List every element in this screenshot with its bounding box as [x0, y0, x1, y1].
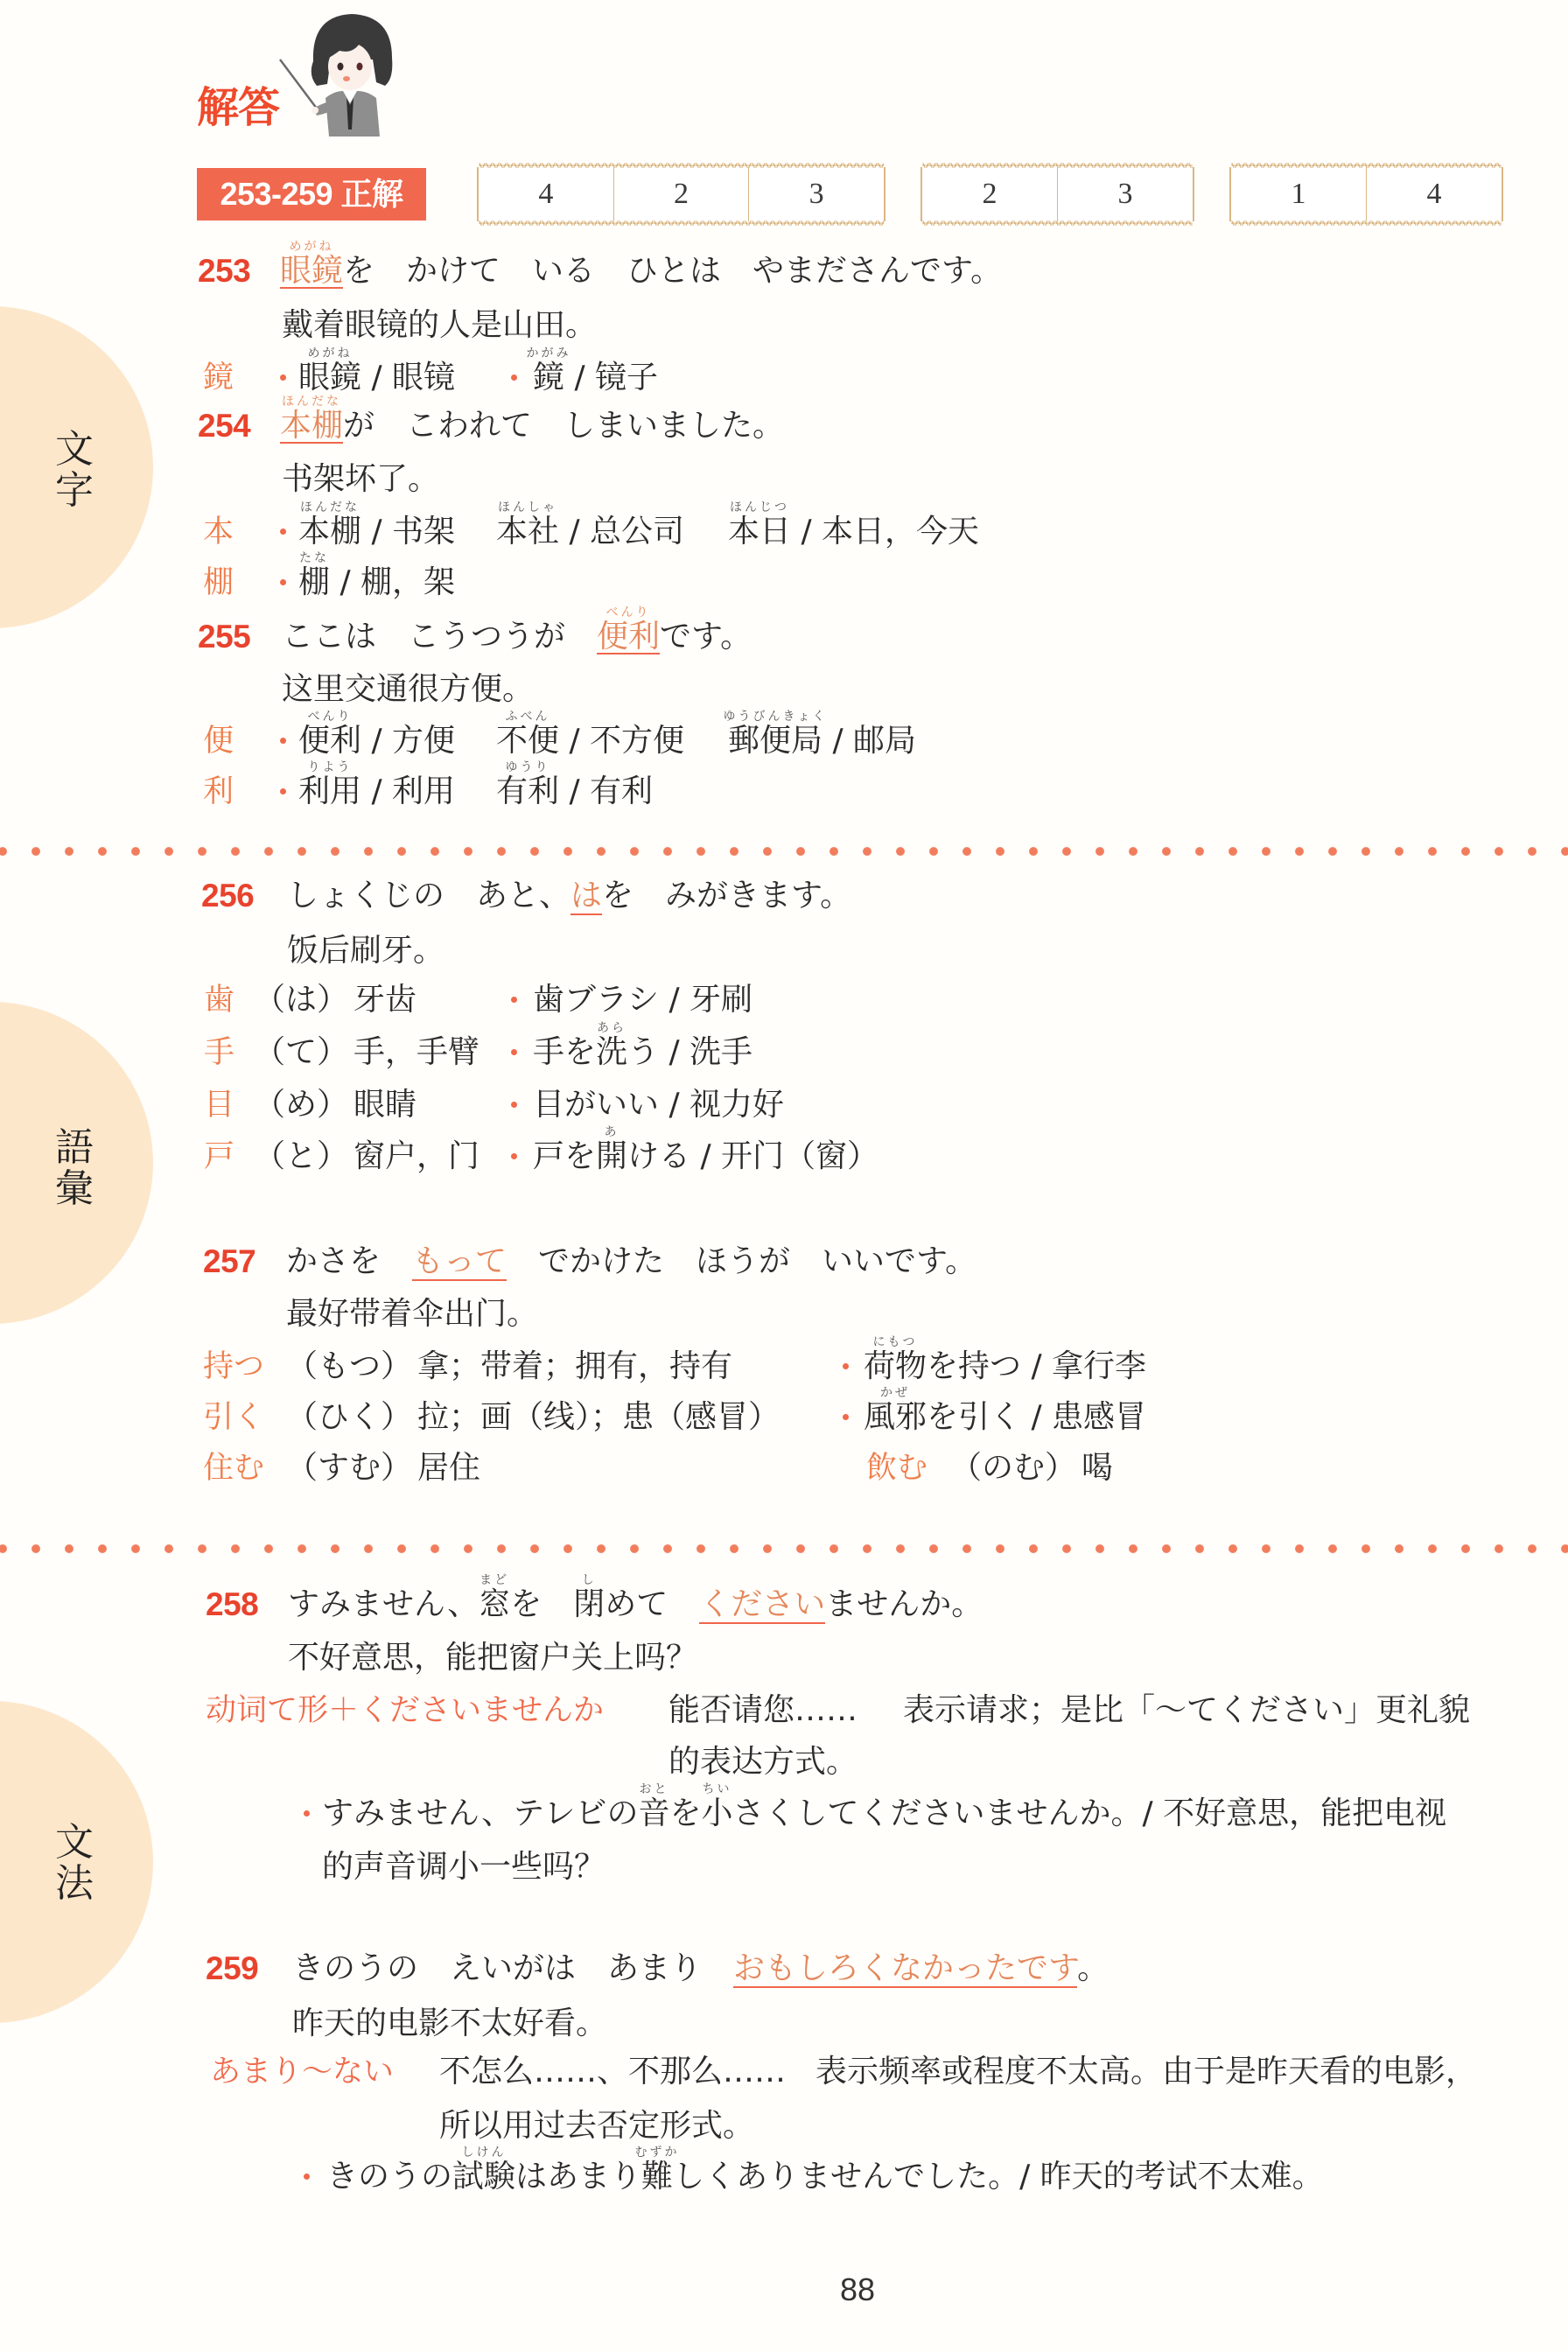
vocab-meaning-text: 手，手臂: [353, 1034, 479, 1070]
furigana: ほんじつ: [730, 501, 789, 514]
entry-word: 不便: [496, 723, 559, 759]
note-entry: 眼鏡めがね / 眼镜: [298, 362, 455, 394]
note-entry: 郵便局ゆうびんきょく / 邮局: [728, 725, 916, 757]
note-entry: 本社ほんしゃ / 总公司: [496, 516, 684, 548]
furigana: りよう: [308, 761, 353, 773]
entry-word: 有利: [496, 773, 559, 809]
ruby-word: 開あ: [596, 1141, 627, 1172]
page-number: 88: [831, 2274, 884, 2306]
sentence-text: すみません、: [288, 1586, 479, 1622]
sentence-text: ませんか。: [825, 1586, 983, 1622]
answer-cell-255: 3: [749, 167, 884, 221]
sentence-text: きのうの えいがは あまり: [292, 1950, 733, 1986]
vocab-meaning-text: 拉；画（线）；患（感冒）: [417, 1399, 780, 1435]
furigana: べんり: [606, 606, 651, 619]
kanji-label: 鏡: [203, 362, 234, 394]
bullet-icon: [280, 528, 286, 535]
furigana: しけん: [462, 2146, 507, 2159]
question-number-256: 256: [201, 880, 254, 912]
question-sentence-258: すみません、窓まどを 閉しめて くださいませんか。: [288, 1589, 983, 1620]
vocab-label: 戸: [204, 1141, 234, 1172]
vocab-example: 手を洗あらう / 洗手: [533, 1037, 752, 1068]
answer-word: は: [570, 878, 602, 915]
vocab-label: 住む: [203, 1452, 264, 1484]
furigana: かぜ: [880, 1387, 910, 1399]
answer-cell-258: 1: [1231, 167, 1367, 221]
vocab-meaning: （のむ）喝: [950, 1452, 1113, 1484]
ruby-word: 眼鏡めがね: [298, 362, 361, 394]
bullet-icon: [511, 1153, 517, 1159]
translation-257: 最好带着伞出门。: [286, 1298, 538, 1330]
vocab-meaning: （て）手，手臂: [254, 1037, 479, 1068]
sentence-text: を: [510, 1586, 573, 1622]
vocab-meaning: （もつ）拿；带着；拥有，持有: [286, 1351, 732, 1382]
entry-meaning: / 棚，架: [330, 564, 455, 600]
entry-meaning: / 邮局: [822, 723, 916, 759]
furigana: めがね: [308, 347, 353, 360]
bullet-icon: [511, 997, 517, 1003]
example-text: はあまり: [515, 2159, 641, 2194]
bullet-icon: [280, 374, 286, 381]
sentence-text: 。: [1077, 1950, 1109, 1986]
kanji-label: 便: [203, 725, 234, 757]
grammar-example: すみません、テレビの音おとを小ちいさくしてくださいませんか。/ 不好意思，能把电…: [322, 1798, 1446, 1830]
entry-meaning: / 不方便: [559, 723, 684, 759]
furigana: ほんしゃ: [498, 501, 557, 514]
note-entry: 有利ゆうり / 有利: [496, 776, 653, 808]
example-kanji: 小: [701, 1795, 732, 1831]
ruby-word: 洗あら: [596, 1037, 627, 1068]
answer-cell-259: 4: [1367, 167, 1501, 221]
furigana: めがね: [290, 241, 334, 253]
question-sentence-255: ここは こうつうが 便利べんりです。: [282, 621, 752, 653]
answer-group-2: 2 3: [920, 167, 1194, 221]
example-text: 歯ブラシ / 牙刷: [533, 982, 752, 1018]
example-text: を: [669, 1795, 701, 1831]
entry-meaning: / 总公司: [559, 514, 684, 549]
example-kanji: 開: [596, 1138, 627, 1174]
vocab-meaning-text: 拿；带着；拥有，持有: [417, 1348, 732, 1384]
entry-word: 利用: [298, 773, 361, 809]
vocab-example: 目がいい / 视力好: [533, 1089, 784, 1121]
question-sentence-256: しょくじの あと、はを みがきます。: [287, 880, 851, 912]
example-text: しくありませんでした。/ 昨天的考试不太难。: [673, 2159, 1324, 2194]
entry-meaning: / 有利: [559, 773, 653, 809]
entry-meaning: / 书架: [361, 514, 455, 549]
vocab-meaning: （ひく）拉；画（线）；患（感冒）: [286, 1402, 780, 1433]
grammar-explanation-cont: 所以用过去否定形式。: [439, 2110, 754, 2142]
example-text: う / 洗手: [627, 1034, 752, 1070]
side-tab-label-goi: 語彙: [54, 1127, 94, 1209]
entry-word: 便利: [298, 723, 361, 759]
entry-meaning: / 方便: [361, 723, 455, 759]
ruby-word: 郵便局ゆうびんきょく: [728, 725, 822, 757]
furigana: べんり: [308, 710, 353, 723]
translation-256: 饭后刷牙。: [287, 935, 444, 967]
ruby-word: 風邪かぜ: [864, 1402, 927, 1433]
vocab-meaning: （め）眼睛: [254, 1089, 416, 1121]
answer-group-3: 1 4: [1229, 167, 1503, 221]
furigana: かがみ: [527, 347, 571, 360]
kanji-label: 棚: [203, 567, 234, 598]
example-text: を引く / 患感冒: [927, 1399, 1146, 1435]
example-text: すみません、テレビの: [322, 1795, 638, 1831]
bullet-icon: [511, 1102, 517, 1108]
furigana: ちい: [702, 1783, 731, 1795]
entry-word: 本日: [728, 514, 791, 549]
translation-259: 昨天的电影不太好看。: [292, 2008, 607, 2040]
bullet-icon: [511, 374, 517, 381]
vocab-label: 持つ: [203, 1351, 264, 1382]
sentence-text: が こわれて しまいました。: [343, 408, 784, 444]
vocab-reading: （もつ）: [286, 1348, 412, 1384]
vocab-meaning-text: 居住: [417, 1450, 480, 1486]
vocab-reading: （ひく）: [286, 1399, 412, 1435]
question-number-257: 257: [203, 1246, 255, 1277]
vocab-reading: （と）: [254, 1138, 348, 1174]
bullet-icon: [304, 1810, 310, 1816]
teacher-mascot-icon: [278, 7, 401, 138]
bullet-icon: [304, 2173, 310, 2180]
ruby-word: 鏡かがみ: [533, 362, 564, 394]
note-entry: 不便ふべん / 不方便: [496, 725, 684, 757]
bullet-icon: [843, 1363, 849, 1369]
note-entry: 本棚ほんだな / 书架: [298, 516, 455, 548]
vocab-meaning: （すむ）居住: [286, 1452, 480, 1484]
ruby-word: 不便ふべん: [496, 725, 559, 757]
question-number-254: 254: [198, 410, 250, 442]
vocab-label: 目: [204, 1089, 234, 1121]
vocab-meaning-text: 眼睛: [353, 1087, 416, 1123]
answer-word-text: 便利: [597, 619, 660, 654]
sentence-text: を かけて いる ひとは やまださんです。: [343, 253, 1002, 289]
answer-word: ください: [699, 1586, 825, 1624]
vocab-example: 戸を開あける / 开门（窗）: [533, 1141, 878, 1172]
dotted-separator: [0, 846, 1568, 857]
answer-range-badge: 253-259 正解: [197, 168, 426, 220]
example-text: 目がいい / 视力好: [533, 1087, 784, 1123]
vocab-example: 歯ブラシ / 牙刷: [533, 984, 752, 1016]
ruby-word: 本棚ほんだな: [298, 516, 361, 548]
ruby-word: 閉し: [573, 1589, 605, 1620]
bullet-icon: [280, 738, 286, 744]
kanji-label: 利: [203, 776, 234, 808]
furigana: たな: [299, 552, 329, 564]
answer-word: 本棚ほんだな: [280, 410, 343, 444]
furigana: ゆうびんきょく: [724, 710, 828, 723]
ruby-word: 利用りよう: [298, 776, 361, 808]
vocab-meaning-text: 牙齿: [353, 982, 416, 1018]
answer-group-1: 4 2 3: [477, 167, 885, 221]
vocab-reading: （て）: [254, 1034, 348, 1070]
example-kanji: 洗: [596, 1034, 627, 1070]
ruby-word: 棚たな: [298, 567, 330, 598]
grammar-explanation: 表示请求；是比「～てください」更礼貌: [903, 1695, 1470, 1726]
grammar-pattern: 动词て形＋くださいませんか: [206, 1695, 604, 1726]
question-sentence-257: かさを もって でかけた ほうが いいです。: [286, 1246, 976, 1277]
note-entry: 便利べんり / 方便: [298, 725, 455, 757]
answer-cell-257: 3: [1058, 167, 1193, 221]
note-entry: 棚たな / 棚，架: [298, 567, 455, 598]
ruby-word: 本日ほんじつ: [728, 516, 791, 548]
question-sentence-253: 眼鏡めがねを かけて いる ひとは やまださんです。: [280, 255, 1002, 287]
note-entry: 本日ほんじつ / 本日，今天: [728, 516, 979, 548]
answer-word: もって: [412, 1243, 507, 1281]
vocab-meaning-text: 喝: [1081, 1450, 1113, 1486]
vocab-reading: （め）: [254, 1087, 348, 1123]
vocab-reading: （は）: [254, 982, 348, 1018]
question-number-253: 253: [198, 255, 250, 287]
grammar-pattern: あまり～ない: [210, 2056, 394, 2088]
example-kanji: 風邪: [864, 1399, 927, 1435]
entry-meaning: / 本日，今天: [791, 514, 979, 549]
grammar-example: きのうの試験しけんはあまり難むずかしくありませんでした。/ 昨天的考试不太难。: [326, 2161, 1324, 2193]
entry-word: 棚: [298, 564, 330, 600]
entry-word: 郵便局: [728, 723, 822, 759]
vocab-meaning: （と）窗户，门: [254, 1141, 479, 1172]
note-entry: 鏡かがみ / 镜子: [533, 362, 658, 394]
question-number-255: 255: [198, 621, 250, 653]
vocab-example: 荷物にもつを持つ / 拿行李: [864, 1351, 1146, 1382]
ruby-word: 有利ゆうり: [496, 776, 559, 808]
example-text: 戸を: [533, 1138, 596, 1174]
furigana: ゆうり: [506, 761, 550, 773]
furigana: ほんだな: [282, 395, 341, 408]
furigana: ほんだな: [300, 501, 360, 514]
furigana: にもつ: [873, 1336, 918, 1348]
vocab-reading: （のむ）: [950, 1450, 1076, 1486]
grammar-meaning: 不怎么……、不那么……: [439, 2056, 786, 2088]
example-text: ける / 开门（窗）: [627, 1138, 878, 1174]
sentence-kanji: 窓: [479, 1586, 510, 1622]
vocab-label: 歯: [204, 984, 234, 1016]
example-text: 手を: [533, 1034, 596, 1070]
grammar-meaning: 能否请您……: [668, 1695, 857, 1726]
grammar-explanation: 表示频率或程度不太高。由于是昨天看的电影，: [815, 2056, 1477, 2088]
translation-253: 戴着眼镜的人是山田。: [282, 310, 597, 341]
furigana: おと: [639, 1783, 668, 1795]
example-kanji: 音: [638, 1795, 669, 1831]
ruby-word: 便利べんり: [298, 725, 361, 757]
vocab-label: 引く: [203, 1402, 264, 1433]
note-entry: 利用りよう / 利用: [298, 776, 455, 808]
page-title: 解答: [197, 84, 279, 131]
kanji-label: 本: [203, 516, 234, 548]
vocab-meaning: （は）牙齿: [254, 984, 416, 1016]
furigana: まど: [479, 1574, 509, 1586]
bullet-icon: [511, 1049, 517, 1055]
example-text: さくしてくださいませんか。/ 不好意思，能把电视: [733, 1795, 1447, 1831]
grammar-explanation-cont: 的表达方式。: [668, 1746, 857, 1778]
ruby-word: 音おと: [638, 1798, 669, 1830]
answer-cell-253: 4: [479, 167, 614, 221]
vocab-example: 風邪かぜを引く / 患感冒: [864, 1402, 1146, 1433]
sentence-text: めて: [605, 1586, 699, 1622]
translation-254: 书架坏了。: [282, 464, 439, 495]
bullet-icon: [843, 1414, 849, 1420]
entry-word: 本社: [496, 514, 559, 549]
vocab-label: 手: [204, 1037, 234, 1068]
answer-word-text: 眼鏡: [280, 253, 343, 289]
furigana: むずか: [635, 2146, 680, 2159]
example-text: きのうの: [326, 2159, 452, 2194]
translation-258: 不好意思，能把窗户关上吗？: [288, 1642, 697, 1674]
furigana: あら: [597, 1022, 626, 1034]
ruby-word: 試験しけん: [452, 2161, 515, 2193]
furigana: あ: [605, 1126, 619, 1138]
entry-meaning: / 利用: [361, 773, 455, 809]
entry-word: 眼鏡: [298, 360, 361, 395]
side-tab-label-bunpo: 文法: [54, 1822, 94, 1904]
ruby-word: 小ちい: [701, 1798, 732, 1830]
vocab-meaning-text: 窗户，门: [353, 1138, 479, 1174]
example-text: を持つ / 拿行李: [927, 1348, 1146, 1384]
furigana: し: [582, 1574, 597, 1586]
question-sentence-259: きのうの えいがは あまり おもしろくなかったです。: [292, 1953, 1109, 1984]
vocab-label: 飲む: [866, 1452, 927, 1484]
side-tab-label-moji: 文字: [54, 429, 94, 511]
sentence-text: ここは こうつうが: [282, 619, 597, 654]
ruby-word: 難むずか: [641, 2161, 673, 2193]
answer-word: 眼鏡めがね: [280, 255, 343, 289]
sentence-text: でかけた ほうが いいです。: [507, 1243, 976, 1279]
entry-meaning: / 眼镜: [361, 360, 455, 395]
sentence-text: を みがきます。: [602, 878, 851, 913]
answer-cell-256: 2: [922, 167, 1058, 221]
bullet-icon: [280, 579, 286, 585]
entry-word: 本棚: [298, 514, 361, 549]
question-number-258: 258: [206, 1589, 258, 1620]
vocab-reading: （すむ）: [286, 1450, 412, 1486]
ruby-word: 窓まど: [479, 1589, 510, 1620]
example-kanji: 荷物: [864, 1348, 927, 1384]
answer-word-text: 本棚: [280, 408, 343, 444]
sentence-kanji: 閉: [573, 1586, 605, 1622]
example-kanji: 難: [641, 2159, 673, 2194]
sentence-text: しょくじの あと、: [287, 878, 570, 913]
sentence-text: です。: [660, 619, 752, 654]
entry-meaning: / 镜子: [564, 360, 658, 395]
bullet-icon: [280, 788, 286, 794]
grammar-example-cont: 的声音调小一些吗？: [322, 1851, 605, 1883]
example-kanji: 試験: [452, 2159, 515, 2194]
answer-cell-254: 2: [614, 167, 750, 221]
question-number-259: 259: [206, 1953, 258, 1984]
question-sentence-254: 本棚ほんだなが こわれて しまいました。: [280, 410, 784, 442]
ruby-word: 荷物にもつ: [864, 1351, 927, 1382]
translation-255: 这里交通很方便。: [282, 674, 534, 705]
furigana: ふべん: [506, 710, 550, 723]
answer-word: おもしろくなかったです: [733, 1950, 1077, 1988]
dotted-separator: [0, 1543, 1568, 1554]
entry-word: 鏡: [533, 360, 564, 395]
sentence-text: かさを: [286, 1243, 412, 1279]
answer-word: 便利べんり: [597, 621, 660, 654]
ruby-word: 本社ほんしゃ: [496, 516, 559, 548]
